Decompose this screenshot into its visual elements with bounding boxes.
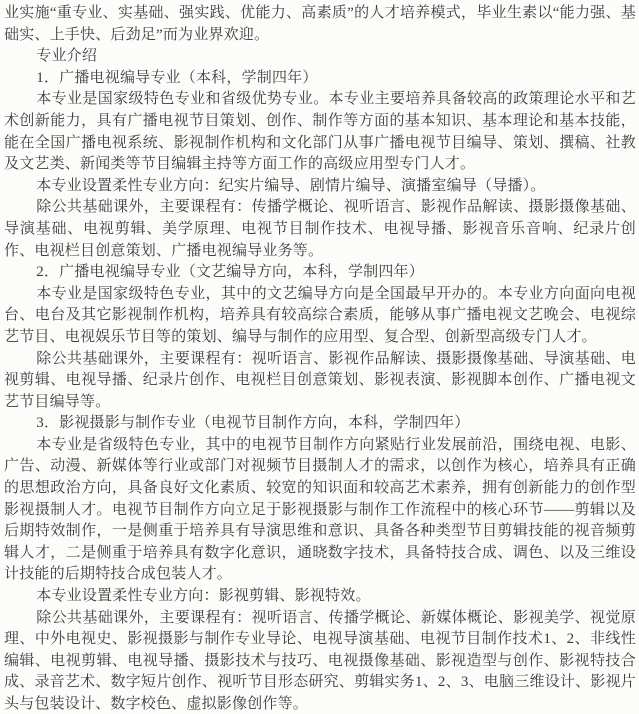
major-2-courses: 除公共基础课外，主要课程有：视听语言、影视作品解读、摄影摄像基础、导演基础、电视…	[4, 349, 636, 414]
major-1-heading: 1．广播电视编导专业（本科，学制四年）	[4, 68, 636, 90]
major-3-directions: 本专业设置柔性专业方向：影视剪辑、影视特效。	[4, 586, 636, 608]
major-3-courses: 除公共基础课外，主要课程有：视听语言、传播学概论、新媒体概论、影视美学、视觉原理…	[4, 608, 636, 714]
major-2-description: 本专业是国家级特色专业，其中的文艺编导方向是全国最早开办的。本专业方向面向电视台…	[4, 284, 636, 349]
major-1-directions: 本专业设置柔性专业方向：纪实片编导、剧情片编导、演播室编导（导播）。	[4, 176, 636, 198]
major-1-courses: 除公共基础课外，主要课程有：传播学概论、视听语言、影视作品解读、摄影摄像基础、导…	[4, 197, 636, 262]
continuation-paragraph: 业实施“重专业、实基础、强实践、优能力、高素质”的人才培养模式，毕业生素以“能力…	[4, 3, 636, 46]
major-1-description: 本专业是国家级特色专业和省级优势专业。本专业主要培养具备较高的政策理论水平和艺术…	[4, 89, 636, 175]
document-page: 业实施“重专业、实基础、强实践、优能力、高素质”的人才培养模式，毕业生素以“能力…	[0, 0, 639, 714]
major-2-heading: 2．广播电视编导专业（文艺编导方向，本科，学制四年）	[4, 262, 636, 284]
major-3-description: 本专业是省级特色专业，其中的电视节目制作方向紧贴行业发展前沿，围绕电视、电影、广…	[4, 435, 636, 586]
major-3-heading: 3．影视摄影与制作专业（电视节目制作方向，本科，学制四年）	[4, 413, 636, 435]
section-heading-majors-intro: 专业介绍	[4, 46, 636, 68]
